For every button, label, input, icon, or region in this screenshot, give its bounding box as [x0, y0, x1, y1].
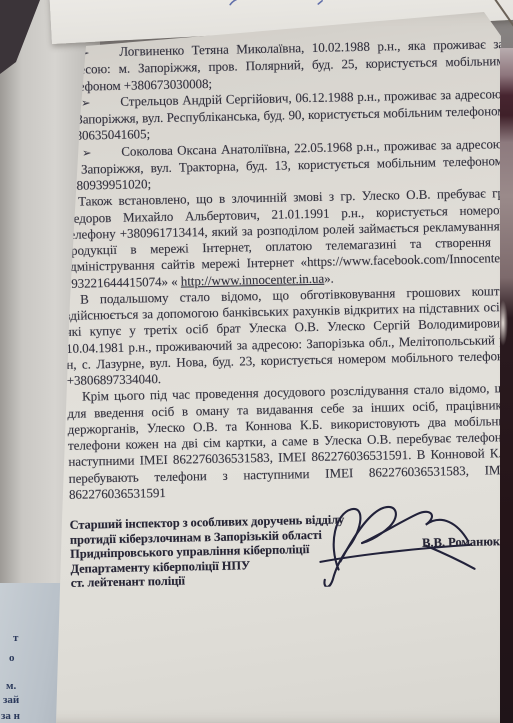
list-arrow-icon: ➢ — [81, 96, 90, 109]
underpage-text-fragment: зай — [3, 695, 19, 706]
photo-edge-highlight — [498, 300, 508, 346]
tab-gap — [90, 106, 120, 107]
list-arrow-icon: ➢ — [82, 146, 91, 159]
paragraph-cashout: В подальшому стало відомо, що обготівков… — [65, 283, 511, 389]
paragraph-fedorov: Також встановлено, що в злочинній змові … — [63, 185, 509, 291]
signer-name: В.В. Романюк — [422, 533, 500, 551]
person-text: Стрельцов Андрій Сергійович, 06.12.1988 … — [61, 86, 505, 143]
website-url: http://www.innocenter.in.ua — [181, 270, 325, 288]
tab-gap — [91, 155, 121, 156]
person-item: ➢Соколова Оксана Анатоліївна, 22.05.1968… — [62, 136, 507, 195]
person-text: Логвиненко Тетяна Миколаївна, 10.02.1988… — [60, 36, 504, 93]
person-text: Соколова Оксана Анатоліївна, 22.05.1968 … — [62, 136, 506, 193]
underpage-text-fragment: за н — [1, 711, 20, 722]
paragraph-imei: Крім цього під час проведення досудового… — [67, 380, 513, 503]
document-body: ➢Логвиненко Тетяна Миколаївна, 10.02.198… — [60, 36, 513, 591]
person-item: ➢Логвиненко Тетяна Миколаївна, 10.02.198… — [60, 36, 505, 95]
underpage-text-fragment: о — [9, 653, 15, 664]
underpage-text-fragment: м. — [6, 681, 16, 692]
tab-gap — [89, 56, 119, 57]
person-item: ➢Стрельцов Андрій Сергійович, 06.12.1988… — [61, 86, 506, 145]
underpage-text-fragment: т — [13, 633, 18, 644]
photo-right-edge — [500, 48, 513, 723]
paragraph-text: ». — [324, 270, 334, 285]
